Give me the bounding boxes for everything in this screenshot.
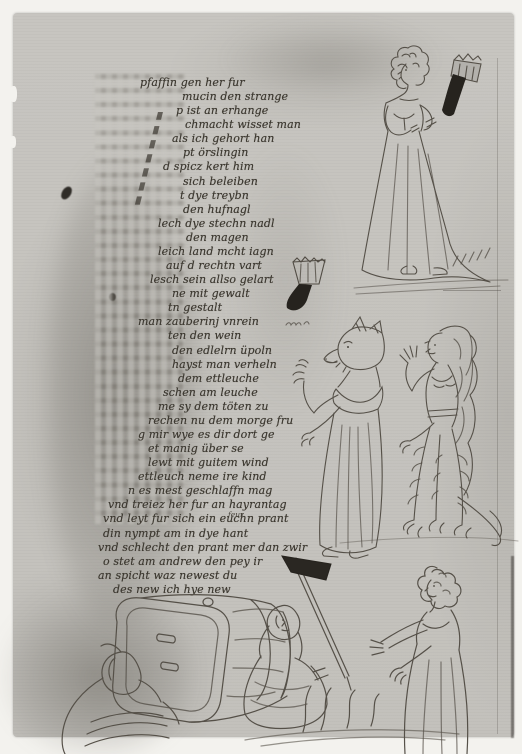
faded-text-ghost-column [95, 74, 185, 524]
flail-head [282, 556, 331, 580]
leek-black-stem [442, 74, 466, 116]
woman-with-leek-drawing [350, 34, 516, 296]
leek-cup-drawing [281, 252, 339, 316]
photograph-background: pfaffin gen her furmucin den strangep is… [0, 0, 522, 754]
barrel-fire-scene-drawing [55, 550, 517, 754]
page-edge-notch [10, 86, 17, 102]
page-edge-notch [10, 136, 16, 148]
fox-woman-and-wild-woman-drawing [280, 315, 522, 550]
interlinear-insertion: feur [228, 510, 244, 519]
